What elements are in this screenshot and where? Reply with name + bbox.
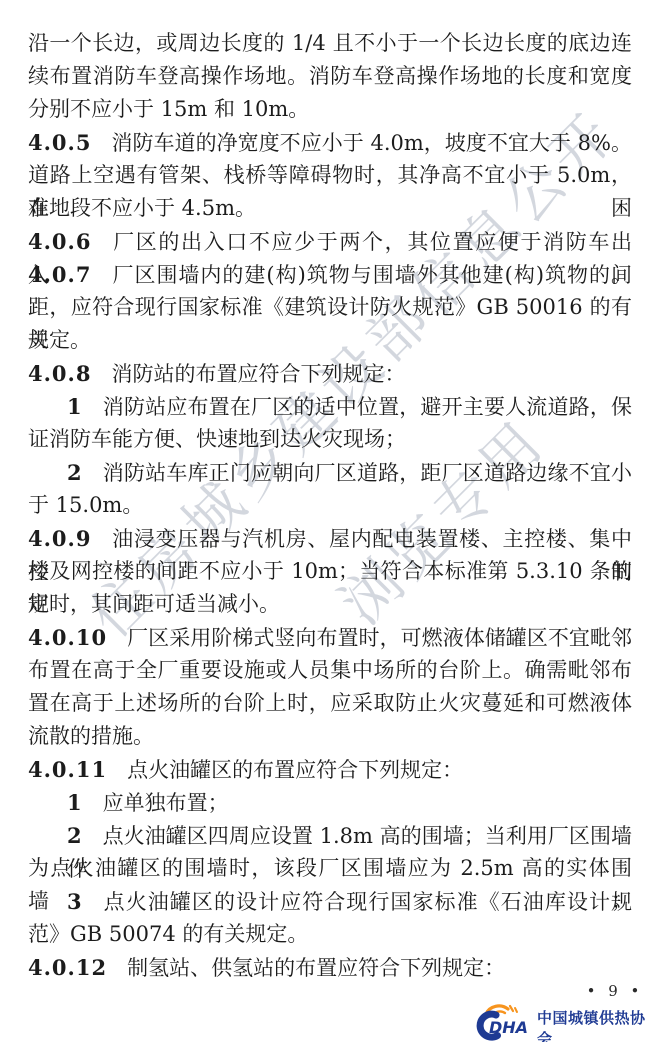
clause-text: 定时，其间距可适当减小。	[28, 592, 280, 616]
text-line: 1应单独布置；	[28, 786, 632, 819]
clause-number: 1	[67, 394, 83, 419]
text-line: 为点火油罐区的围墙时，该段厂区围墙应为 2.5m 高的实体围墙；	[28, 852, 632, 885]
text-line: 分别不应小于 15m 和 10m。	[28, 93, 632, 126]
clause-number: 4.0.6	[28, 229, 91, 254]
text-line: 4.0.6厂区的出入口不应少于两个，其位置应便于消防车出入。	[28, 225, 632, 258]
clause-text: 消防站车库正门应朝向厂区道路，距厂区道路边缘不宜小	[103, 461, 632, 485]
text-line: 于 15.0m。	[28, 489, 632, 522]
text-line: 4.0.9油浸变压器与汽机房、屋内配电装置楼、主控楼、集中控制	[28, 522, 632, 555]
text-line: 道路上空遇有管架、栈桥等障碍物时，其净高不宜小于 5.0m，在困	[28, 159, 632, 192]
text-line: 定时，其间距可适当减小。	[28, 588, 632, 621]
clause-text: 流散的措施。	[28, 724, 154, 748]
clause-number: 4.0.5	[28, 130, 91, 155]
clause-text: 置在高于上述场所的台阶上时，应采取防止火灾蔓延和可燃液体	[28, 691, 632, 715]
clause-number: 4.0.10	[28, 625, 107, 650]
text-line: 2消防站车库正门应朝向厂区道路，距厂区道路边缘不宜小	[28, 456, 632, 489]
clause-number: 1	[67, 790, 83, 815]
org-name: 中国城镇供热协会	[537, 1007, 660, 1042]
text-line: 置在高于上述场所的台阶上时，应采取防止火灾蔓延和可燃液体	[28, 687, 632, 720]
text-line: 楼及网控楼的间距不应小于 10m；当符合本标准第 5.3.10 条的规	[28, 555, 632, 588]
text-line: 规定。	[28, 324, 632, 357]
clause-number: 4.0.7	[28, 262, 91, 287]
document-lines: 沿一个长边，或周边长度的 1/4 且不小于一个长边长度的底边连续布置消防车登高操…	[28, 27, 632, 984]
page-number: • 9 •	[578, 982, 652, 1000]
clause-text: 制氢站、供氢站的布置应符合下列规定：	[127, 956, 505, 980]
text-line: 布置在高于全厂重要设施或人员集中场所的台阶上。确需毗邻布	[28, 654, 632, 687]
clause-number: 2	[67, 460, 83, 485]
text-line: 距，应符合现行国家标准《建筑设计防火规范》GB 50016 的有关	[28, 291, 632, 324]
clause-text: 范》GB 50074 的有关规定。	[28, 922, 308, 946]
clause-number: 4.0.12	[28, 955, 107, 980]
clause-text: 消防站应布置在厂区的适中位置，避开主要人流道路，保	[103, 395, 632, 419]
clause-number: 3	[67, 889, 83, 914]
cdha-logo-icon: DHA	[472, 1002, 532, 1042]
clause-text: 消防车道的净宽度不应小于 4.0m，坡度不宜大于 8%。	[111, 131, 632, 155]
clause-text: 分别不应小于 15m 和 10m。	[28, 97, 309, 121]
text-line: 4.0.12制氢站、供氢站的布置应符合下列规定：	[28, 951, 632, 984]
text-line: 续布置消防车登高操作场地。消防车登高操作场地的长度和宽度	[28, 60, 632, 93]
text-line: 4.0.8消防站的布置应符合下列规定：	[28, 357, 632, 390]
text-line: 4.0.7厂区围墙内的建(构)筑物与围墙外其他建(构)筑物的间	[28, 258, 632, 291]
clause-text: 点火油罐区的设计应符合现行国家标准《石油库设计规	[103, 890, 632, 914]
clause-text: 厂区采用阶梯式竖向布置时，可燃液体储罐区不宜毗邻	[127, 626, 632, 650]
clause-text: 应单独布置；	[103, 791, 229, 815]
text-line: 范》GB 50074 的有关规定。	[28, 918, 632, 951]
text-line: 沿一个长边，或周边长度的 1/4 且不小于一个长边长度的底边连	[28, 27, 632, 60]
logo-acronym-text: DHA	[489, 1018, 528, 1037]
clause-text: 消防站的布置应符合下列规定：	[111, 362, 405, 386]
text-line: 证消防车能方便、快速地到达火灾现场；	[28, 423, 632, 456]
clause-number: 4.0.8	[28, 361, 91, 386]
clause-text: 于 15.0m。	[28, 493, 143, 517]
clause-text: 沿一个长边，或周边长度的 1/4 且不小于一个长边长度的底边连	[28, 31, 632, 55]
text-line: 4.0.10厂区采用阶梯式竖向布置时，可燃液体储罐区不宜毗邻	[28, 621, 632, 654]
text-line: 4.0.11点火油罐区的布置应符合下列规定：	[28, 753, 632, 786]
text-line: 4.0.5消防车道的净宽度不应小于 4.0m，坡度不宜大于 8%。	[28, 126, 632, 159]
clause-text: 厂区围墙内的建(构)筑物与围墙外其他建(构)筑物的间	[111, 263, 632, 287]
footer-logo: DHA 中国城镇供热协会	[472, 999, 660, 1042]
clause-number: 4.0.9	[28, 526, 91, 551]
text-line: 2点火油罐区四周应设置 1.8m 高的围墙；当利用厂区围墙作	[28, 819, 632, 852]
clause-number: 2	[67, 823, 83, 848]
clause-text: 布置在高于全厂重要设施或人员集中场所的台阶上。确需毗邻布	[28, 658, 632, 682]
clause-number: 4.0.11	[28, 757, 107, 782]
text-line: 流散的措施。	[28, 720, 632, 753]
clause-text: 难地段不应小于 4.5m。	[28, 196, 256, 220]
clause-text: 点火油罐区的布置应符合下列规定：	[127, 758, 463, 782]
clause-text: 规定。	[28, 328, 91, 352]
text-line: 3点火油罐区的设计应符合现行国家标准《石油库设计规	[28, 885, 632, 918]
text-line: 1消防站应布置在厂区的适中位置，避开主要人流道路，保	[28, 390, 632, 423]
clause-text: 续布置消防车登高操作场地。消防车登高操作场地的长度和宽度	[28, 64, 632, 88]
clause-text: 证消防车能方便、快速地到达火灾现场；	[28, 427, 406, 451]
